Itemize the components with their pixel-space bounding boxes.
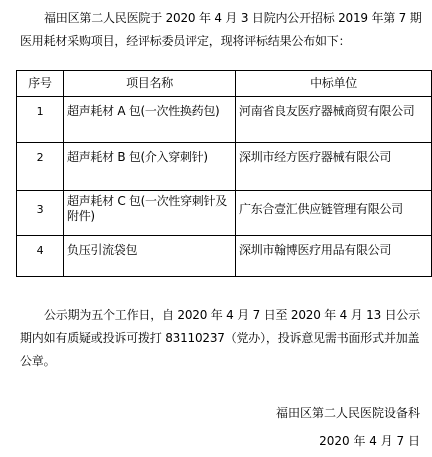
row-winner: 广东合壹汇供应链管理有限公司: [236, 191, 432, 236]
bid-result-table: 序号 项目名称 中标单位 1 超声耗材 A 包(一次性换药包) 河南省良友医疗器…: [16, 70, 432, 277]
row-no: 4: [17, 236, 64, 277]
table-header-row: 序号 项目名称 中标单位: [17, 71, 432, 97]
notice-paragraph: 公示期为五个工作日，自 2020 年 4 月 7 日至 2020 年 4 月 1…: [20, 304, 430, 373]
row-project: 负压引流袋包: [64, 236, 236, 277]
table-row: 3 超声耗材 C 包(一次性穿刺针及附件) 广东合壹汇供应链管理有限公司: [17, 191, 432, 236]
intro-paragraph: 福田区第二人民医院于 2020 年 4 月 3 日院内公开招标 2019 年第 …: [20, 7, 430, 53]
row-no: 1: [17, 97, 64, 143]
signature-organization: 福田区第二人民医院设备科: [276, 404, 420, 421]
header-project: 项目名称: [64, 71, 236, 97]
row-winner: 深圳市翰博医疗用品有限公司: [236, 236, 432, 277]
table-row: 2 超声耗材 B 包(介入穿刺针) 深圳市经方医疗器械有限公司: [17, 143, 432, 191]
table-row: 4 负压引流袋包 深圳市翰博医疗用品有限公司: [17, 236, 432, 277]
row-no: 3: [17, 191, 64, 236]
intro-text: 福田区第二人民医院于 2020 年 4 月 3 日院内公开招标 2019 年第 …: [20, 11, 422, 48]
row-project: 超声耗材 B 包(介入穿刺针): [64, 143, 236, 191]
table-row: 1 超声耗材 A 包(一次性换药包) 河南省良友医疗器械商贸有限公司: [17, 97, 432, 143]
header-no: 序号: [17, 71, 64, 97]
row-winner: 深圳市经方医疗器械有限公司: [236, 143, 432, 191]
notice-text: 公示期为五个工作日，自 2020 年 4 月 7 日至 2020 年 4 月 1…: [20, 308, 420, 368]
row-project: 超声耗材 C 包(一次性穿刺针及附件): [64, 191, 236, 236]
row-winner: 河南省良友医疗器械商贸有限公司: [236, 97, 432, 143]
header-winner: 中标单位: [236, 71, 432, 97]
row-no: 2: [17, 143, 64, 191]
signature-date: 2020 年 4 月 7 日: [319, 432, 420, 449]
row-project: 超声耗材 A 包(一次性换药包): [64, 97, 236, 143]
